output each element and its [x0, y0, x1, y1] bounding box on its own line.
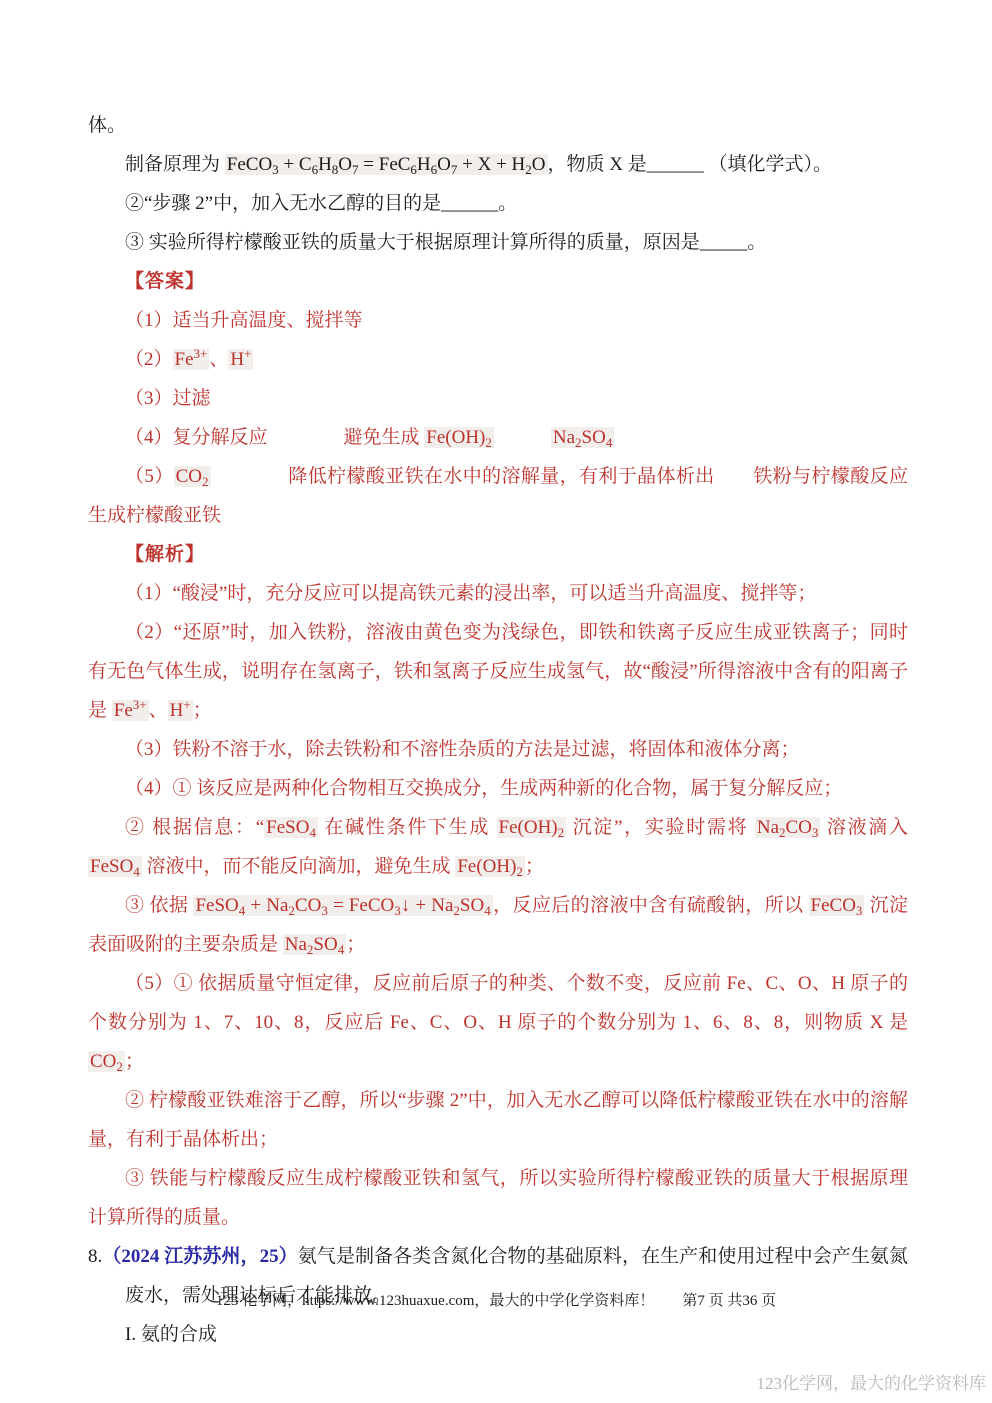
answer-4: （4）复分解反应 避免生成 Fe(OH)2 Na2SO4 [88, 418, 908, 457]
question-step2: ②“步骤 2”中，加入无水乙醇的目的是______。 [88, 184, 908, 223]
chemical-formula: CO2 [174, 466, 211, 487]
exam-source-tag: （2024 江苏苏州，25） [102, 1246, 297, 1267]
text-segment [494, 427, 551, 448]
chemical-formula: FeSO4 [264, 817, 318, 838]
question-mass: ③ 实验所得柠檬酸亚铁的质量大于根据原理计算所得的质量，原因是_____。 [88, 223, 908, 262]
analysis-2: （2）“还原”时，加入铁粉，溶液由黄色变为浅绿色，即铁和铁离子反应生成亚铁离子；… [88, 613, 908, 730]
text-segment: ； [346, 934, 365, 955]
text-segment: ； [193, 700, 212, 721]
question-principle: 制备原理为 FeCO3 + C6H8O7 = FeC6H6O7 + X + H2… [88, 145, 908, 184]
analysis-4-circle2: ② 根据信息：“FeSO4 在碱性条件下生成 Fe(OH)2 沉淀”，实验时需将… [88, 808, 908, 886]
text-segment: 8. [88, 1246, 102, 1267]
answer-2: （2）Fe3+、H+ [88, 340, 908, 379]
text-segment: （3）铁粉不溶于水，除去铁粉和不溶性杂质的方法是过滤，将固体和液体分离； [125, 739, 800, 760]
chemical-formula: H+ [168, 700, 193, 721]
analysis-5-circle1: （5）① 依据质量守恒定律，反应前后原子的种类、个数不变，反应前 Fe、C、O、… [88, 964, 908, 1081]
site-watermark: 123化学网，最大的化学资料库 [757, 1369, 987, 1394]
analysis-3: （3）铁粉不溶于水，除去铁粉和不溶性杂质的方法是过滤，将固体和液体分离； [88, 730, 908, 769]
text-segment: ③ 铁能与柠檬酸反应生成柠檬酸亚铁和氢气，所以实验所得柠檬酸亚铁的质量大于根据原… [88, 1168, 908, 1228]
chemical-formula: FeSO4 + Na2CO3 = FeCO3↓ + Na2SO4 [193, 895, 492, 916]
chemical-formula: Fe3+ [173, 349, 210, 370]
text-segment: （5）① 依据质量守恒定律，反应前后原子的种类、个数不变，反应前 Fe、C、O、… [88, 973, 908, 1033]
analysis-header: 【解析】 [88, 535, 908, 574]
chemical-formula: FeCO3 [809, 895, 865, 916]
text-segment: ③ 依据 [125, 895, 193, 916]
text-segment: ②“步骤 2”中，加入无水乙醇的目的是______。 [125, 193, 517, 214]
page-footer: 123 化学网，https://www.123huaxue.com，最大的中学化… [0, 1289, 992, 1310]
text-segment: ③ 实验所得柠檬酸亚铁的质量大于根据原理计算所得的质量，原因是_____。 [125, 232, 766, 253]
text-segment: 溶液滴入 [820, 817, 908, 838]
text-segment: 沉淀”，实验时需将 [566, 817, 755, 838]
text-segment: 、 [149, 700, 168, 721]
analysis-5-circle3: ③ 铁能与柠檬酸反应生成柠檬酸亚铁和氢气，所以实验所得柠檬酸亚铁的质量大于根据原… [88, 1159, 908, 1237]
text-segment: （2） [125, 349, 173, 370]
analysis-5-circle2: ② 柠檬酸亚铁难溶于乙醇，所以“步骤 2”中，加入无水乙醇可以降低柠檬酸亚铁在水… [88, 1081, 908, 1159]
chemical-formula: Na2CO3 [755, 817, 821, 838]
continuation-line: 体。 [88, 106, 908, 145]
answer-1: （1）适当升高温度、搅拌等 [88, 301, 908, 340]
analysis-1: （1）“酸浸”时，充分反应可以提高铁元素的浸出率，可以适当升高温度、搅拌等； [88, 574, 908, 613]
text-segment: 、 [209, 349, 228, 370]
text-segment: 在碱性条件下生成 [318, 817, 497, 838]
answer-3: （3）过滤 [88, 379, 908, 418]
footer-page-number: 第7 页 共36 页 [682, 1293, 776, 1309]
document-body: 体。制备原理为 FeCO3 + C6H8O7 = FeC6H6O7 + X + … [88, 106, 908, 1354]
chemical-formula: CO2 [88, 1051, 125, 1072]
analysis-4-circle3: ③ 依据 FeSO4 + Na2CO3 = FeCO3↓ + Na2SO4，反应… [88, 886, 908, 964]
text-segment: 制备原理为 [125, 154, 225, 175]
text-segment: 体。 [88, 115, 126, 136]
text-segment: （5） [125, 466, 174, 487]
text-segment: ② 根据信息：“ [125, 817, 264, 838]
text-segment: ，反应后的溶液中含有硫酸钠，所以 [493, 895, 809, 916]
text-segment: ② 柠檬酸亚铁难溶于乙醇，所以“步骤 2”中，加入无水乙醇可以降低柠檬酸亚铁在水… [88, 1090, 908, 1150]
text-segment: （1）“酸浸”时，充分反应可以提高铁元素的浸出率，可以适当升高温度、搅拌等； [125, 583, 816, 604]
text-segment: （1）适当升高温度、搅拌等 [125, 310, 363, 331]
text-segment: 【答案】 [125, 271, 205, 292]
chemical-formula: FeCO3 + C6H8O7 = FeC6H6O7 + X + H2O [225, 154, 548, 175]
chemical-formula: Fe(OH)2 [497, 817, 567, 838]
text-segment: ； [125, 1051, 144, 1072]
answer-header: 【答案】 [88, 262, 908, 301]
text-segment: I. 氨的合成 [125, 1324, 217, 1345]
chemical-formula: FeSO4 [88, 856, 142, 877]
chemical-formula: Na2SO4 [551, 427, 614, 448]
text-segment: （4）复分解反应 避免生成 [125, 427, 424, 448]
exam-document-page: 体。制备原理为 FeCO3 + C6H8O7 = FeC6H6O7 + X + … [0, 0, 992, 1403]
section-ammonia-synthesis: I. 氨的合成 [88, 1315, 908, 1354]
analysis-4-circle1: （4）① 该反应是两种化合物相互交换成分，生成两种新的化合物，属于复分解反应； [88, 769, 908, 808]
footer-site-info: 123 化学网，https://www.123huaxue.com，最大的中学化… [216, 1293, 655, 1309]
chemical-formula: H+ [228, 349, 253, 370]
chemical-formula: Na2SO4 [283, 934, 346, 955]
text-segment: 溶液中，而不能反向滴加，避免生成 [142, 856, 456, 877]
chemical-formula: Fe(OH)2 [424, 427, 494, 448]
text-segment: ，物质 X 是______ （填化学式）。 [548, 154, 832, 175]
text-segment: （4）① 该反应是两种化合物相互交换成分，生成两种新的化合物，属于复分解反应； [125, 778, 842, 799]
answer-5: （5）CO2 降低柠檬酸亚铁在水中的溶解量，有利于晶体析出 铁粉与柠檬酸反应生成… [88, 457, 908, 535]
text-segment: 【解析】 [125, 544, 205, 565]
text-segment: ； [525, 856, 544, 877]
text-segment: （3）过滤 [125, 388, 211, 409]
chemical-formula: Fe3+ [112, 700, 149, 721]
chemical-formula: Fe(OH)2 [455, 856, 525, 877]
text-segment: 降低柠檬酸亚铁在水中的溶解量，有利于晶体析出 铁粉与柠檬酸反应生成柠檬酸亚铁 [88, 466, 908, 526]
